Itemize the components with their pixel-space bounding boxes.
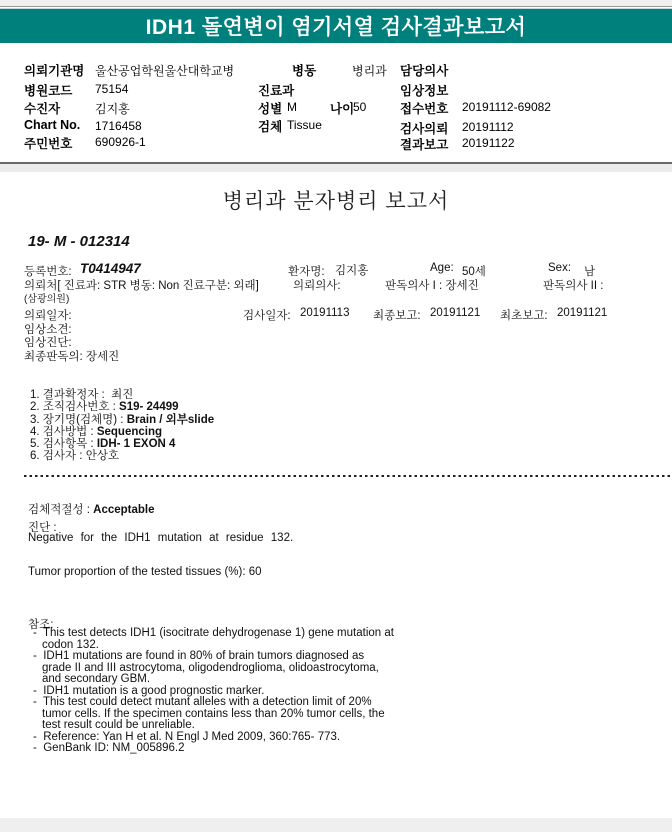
test-detail-item: 1. 결과확정자 : 최진 — [30, 389, 214, 401]
test-detail-item: 2. 조직검사번호 : S19- 24499 — [30, 401, 214, 413]
diagnosis-value: Negative for the IDH1 mutation at residu… — [28, 532, 293, 544]
final-report-label: 최종보고: — [373, 307, 421, 323]
age-label: 나이 — [330, 99, 354, 117]
exam-date-label: 검사일자: — [243, 307, 291, 323]
report-page: { "report_header": { "title": "IDH1 돌연변이… — [0, 0, 672, 832]
order-date-value: 20191112 — [462, 120, 514, 134]
sex-value: M — [287, 100, 297, 114]
specimen-adequacy-row: 검체적절성 : Acceptable — [28, 501, 155, 517]
resident-no-value: 690926-1 — [95, 135, 146, 149]
adequacy-value: Acceptable — [93, 504, 154, 516]
final-reader-label: 최종판독의: 장세진 — [24, 348, 119, 364]
specimen-value: Tissue — [287, 118, 322, 132]
notes-list: - This test detects IDH1 (isocitrate deh… — [28, 628, 396, 755]
ref-doctor-label: 의뢰의사: — [293, 277, 341, 293]
age-meta-label: Age: — [430, 262, 454, 274]
dashed-separator — [24, 475, 672, 477]
note-item: - This test could detect mutant alleles … — [28, 697, 396, 732]
receipt-no-label: 접수번호 — [400, 99, 448, 117]
adequacy-label: 검체적절성 : — [28, 504, 90, 516]
page-title: 병리과 분자병리 보고서 — [0, 185, 672, 215]
reader2-label: 판독의사 II : — [543, 277, 603, 293]
request-org-label: 의뢰기관명 — [24, 61, 84, 79]
section-divider-shade — [0, 164, 672, 172]
patient-value: 김지홍 — [95, 100, 130, 117]
note-item: - GenBank ID: NM_005896.2 — [28, 743, 396, 755]
reg-no-value: T0414947 — [80, 261, 141, 276]
exam-date-value: 20191113 — [300, 307, 349, 319]
patient-label: 수진자 — [24, 99, 60, 117]
chart-no-label: Chart No. — [24, 118, 80, 132]
test-detail-item: 3. 장기명(검체명) : Brain / 외부slide — [30, 414, 214, 426]
patient-name-value: 김지홍 — [335, 262, 368, 278]
report-number: 19- M - 012314 — [28, 233, 130, 250]
report-date-label: 결과보고 — [400, 135, 448, 153]
first-report-value: 20191121 — [557, 307, 607, 319]
clinical-info-label: 임상정보 — [400, 81, 448, 99]
report-banner: IDH1 돌연변이 염기서열 검사결과보고서 — [0, 8, 672, 43]
note-item: - IDH1 mutations are found in 80% of bra… — [28, 651, 396, 686]
sex-meta-label: Sex: — [548, 262, 571, 274]
test-detail-item: 6. 검사자 : 안상호 — [30, 450, 214, 462]
report-banner-title: IDH1 돌연변이 염기서열 검사결과보고서 — [146, 11, 527, 41]
request-org-value: 울산공업학원울산대학교병 — [95, 62, 234, 79]
resident-no-label: 주민번호 — [24, 134, 72, 152]
doctor-label: 담당의사 — [400, 61, 448, 79]
window-bottom-strip — [0, 818, 672, 832]
chart-no-value: 1716458 — [95, 119, 142, 133]
note-item: - This test detects IDH1 (isocitrate deh… — [28, 628, 396, 651]
window-top-strip — [0, 0, 672, 7]
hospital-code-value: 75154 — [95, 82, 128, 96]
specimen-label: 검체 — [258, 117, 282, 135]
test-details-list: 1. 결과확정자 : 최진 2. 조직검사번호 : S19- 24499 3. … — [30, 389, 214, 463]
ward-value: 병리과 — [352, 62, 387, 79]
report-date-value: 20191122 — [462, 136, 515, 150]
reader1-label: 판독의사 I : 장세진 — [385, 277, 479, 293]
final-report-value: 20191121 — [430, 307, 480, 319]
receipt-no-value: 20191112-69082 — [462, 100, 551, 114]
sex-label: 성별 — [258, 99, 282, 117]
tumor-proportion: Tumor proportion of the tested tissues (… — [28, 566, 262, 578]
first-report-label: 최초보고: — [500, 307, 548, 323]
ward-label: 병동 — [292, 61, 316, 79]
age-value: 50 — [353, 100, 366, 114]
dept-label: 진료과 — [258, 81, 294, 99]
test-detail-item: 5. 검사항목 : IDH- 1 EXON 4 — [30, 438, 214, 450]
referrer-sub: (삼광의원) — [24, 290, 69, 305]
hospital-code-label: 병원코드 — [24, 81, 72, 99]
test-detail-item: 4. 검사방법 : Sequencing — [30, 426, 214, 438]
